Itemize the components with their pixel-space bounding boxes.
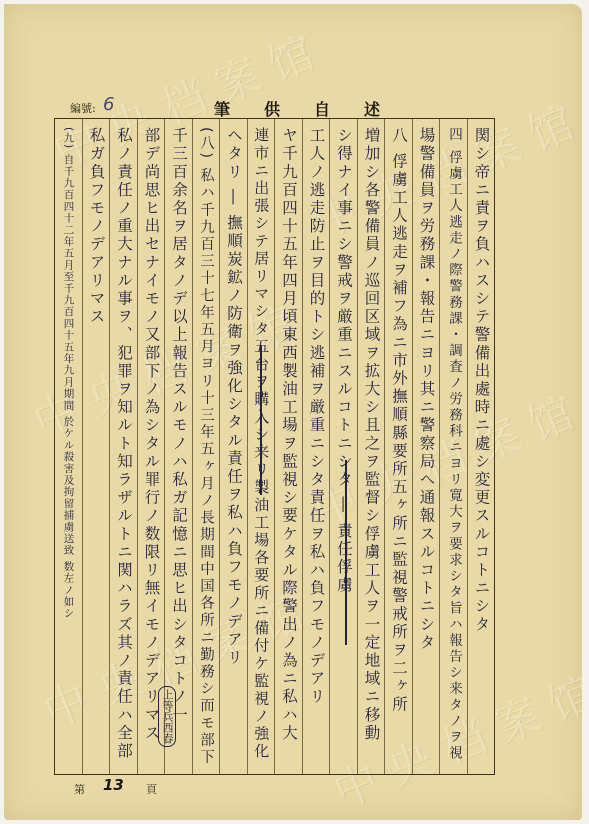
manuscript-column: 場警備員ヲ労務課・報告ニヨリ其ニ警察局へ通報スルコトニシタ [412,119,440,774]
manuscript-column: シ得ナイ事ニシ警戒ヲ厳重ニスルコトニシタ ― 責任俘虜 [329,119,357,774]
separator-line [345,460,347,645]
manuscript-column: 四 俘虜工人逃走ノ際警務課・調査ノ労務科ニヨリ寛大ヲ要求シタ旨ハ報告シ来タノヲ視 [439,119,467,774]
manuscript-column: (九) 自千九百四十二年五月至千九百四十五年九月期間 於ケル殺害及拘留捕虜送致 … [55,119,82,774]
manuscript-column: 私ガ負フモノデアリマス [82,119,110,774]
column-text: (九) 自千九百四十二年五月至千九百四十五年九月期間 於ケル殺害及拘留捕虜送致 … [63,127,74,619]
column-text: 私ノ責任ノ重大ナル事ヲ、犯罪ヲ知ルト知ラザルトニ関ハラズ其ノ責任ハ全部 [116,127,132,761]
column-text: (八) 私ハ千九百三十七年五月ヨリ十三年五ヶ月ノ長期間中国各所ニ勤務シ而モ部下 [199,127,214,766]
manuscript-column: 工人ノ逃走防止ヲ目的トシ逃補ヲ厳重ニシタ責任ヲ私ハ負フモノデアリ [302,119,330,774]
manuscript-column: 関シ帝ニ責ヲ負ハスシテ警備出處時ニ處シ変更スルコトニシタ [467,119,495,774]
page-number: 13 [103,776,124,794]
column-text: シ得ナイ事ニシ警戒ヲ厳重ニスルコトニシタ ― 責任俘虜 [336,127,352,595]
column-text: 関シ帝ニ責ヲ負ハスシテ警備出處時ニ處シ変更スルコトニシタ [473,127,489,634]
column-text: 増加シ各警備員ノ巡回区域ヲ拡大シ且之ヲ監督シ俘虜工人ヲ一定地域ニ移動 [363,127,379,742]
manuscript-column: ヘタリ ― 撫順炭鉱ノ防衛ヲ強化シタル責任ヲ私ハ負フモノデアリ [219,119,247,774]
manuscript-column: 部デ尚思ヒ出セナイモノ又部下ノ為シタル罪行ノ数限リ無イモノデアリマス [137,119,165,774]
page-suffix: 頁 [146,781,157,797]
manuscript-column: 千三百余名ヲ居タノデ以上報告スルモノハ私ガ記憶ニ思ヒ出シタコトノ一 [164,119,192,774]
column-text: 四 俘虜工人逃走ノ際警務課・調査ノ労務科ニヨリ寛大ヲ要求シタ旨ハ報告シ来タノヲ視 [447,127,461,762]
page-prefix: 第 [74,781,85,797]
manuscript-column: (八) 私ハ千九百三十七年五月ヨリ十三年五ヶ月ノ長期間中国各所ニ勤務シ而モ部下 [192,119,220,774]
manuscript-column: 八 俘虜工人逃走ヲ補フ為ニ市外撫順縣要所五ヶ所ニ監視警戒所ヲ二ヶ所 [384,119,412,774]
column-text: 私ガ負フモノデアリマス [88,127,104,326]
manuscript-column: 増加シ各警備員ノ巡回区域ヲ拡大シ且之ヲ監督シ俘虜工人ヲ一定地域ニ移動 [357,119,385,774]
manuscript-grid: (九) 自千九百四十二年五月至千九百四十五年九月期間 於ケル殺害及拘留捕虜送致 … [54,118,495,775]
column-text: ヤ千九百四十五年四月頃東西製油工場ヲ監視シ要ケタル際警出ノ為ニ私ハ大 [281,127,297,742]
number-label: 編號: [70,100,96,116]
document-title: 筆供自述 [214,97,414,120]
column-text: 部デ尚思ヒ出セナイモノ又部下ノ為シタル罪行ノ数限リ無イモノデアリマス [143,127,159,742]
manuscript-column: ヤ千九百四十五年四月頃東西製油工場ヲ監視シ要ケタル際警出ノ為ニ私ハ大 [274,119,302,774]
separator-line [260,345,262,495]
column-text: 八 俘虜工人逃走ヲ補フ為ニ市外撫順縣要所五ヶ所ニ監視警戒所ヲ二ヶ所 [391,127,407,714]
column-text: 場警備員ヲ労務課・報告ニヨリ其ニ警察局へ通報スルコトニシタ [418,127,434,652]
column-text: ヘタリ ― 撫順炭鉱ノ防衛ヲ強化シタル責任ヲ私ハ負フモノデアリ [226,127,242,667]
manuscript-column: 私ノ責任ノ重大ナル事ヲ、犯罪ヲ知ルト知ラザルトニ関ハラズ其ノ責任ハ全部 [109,119,137,774]
column-text: 千三百余名ヲ居タノデ以上報告スルモノハ私ガ記憶ニ思ヒ出シタコトノ一 [171,127,187,724]
signature-stamp: 上等兵西春 [158,686,176,747]
number-value: 6 [103,94,114,115]
column-text: 工人ノ逃走防止ヲ目的トシ逃補ヲ厳重ニシタ責任ヲ私ハ負フモノデアリ [308,127,324,706]
